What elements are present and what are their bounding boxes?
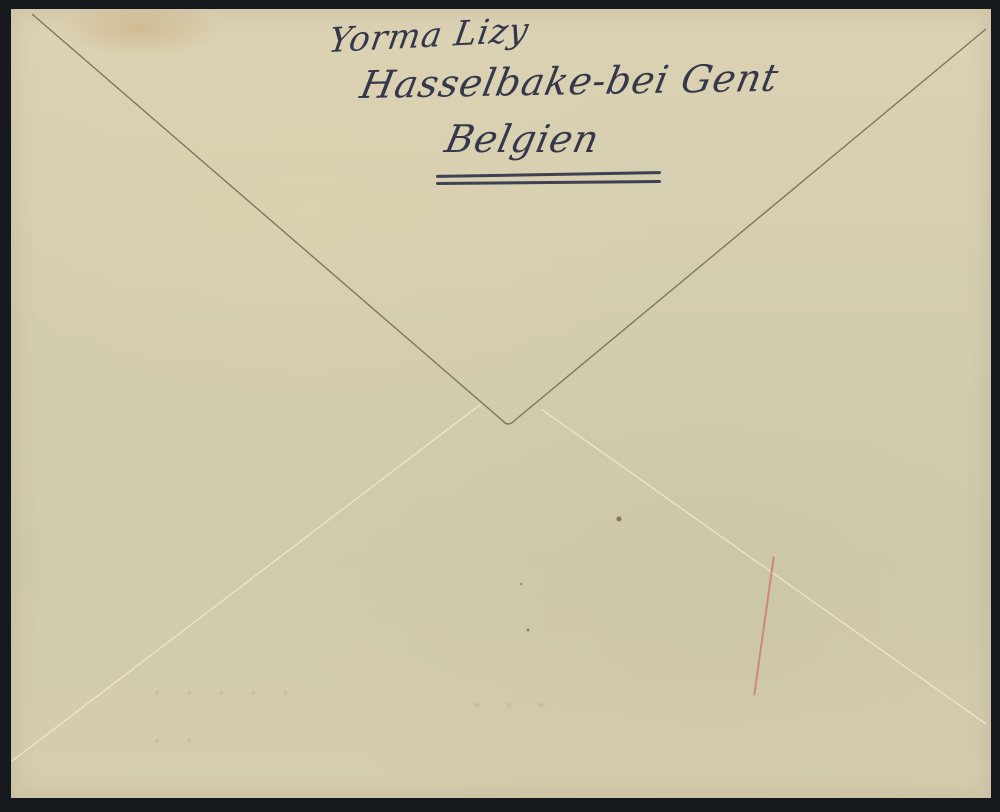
faint-postmark-3: · · ·	[471, 693, 551, 717]
sender-country: Belgien	[441, 117, 603, 161]
envelope-back: Yorma Lizy Hasselbake-bei Gent Belgien ·…	[11, 9, 991, 798]
faint-postmark: · · · · ·	[151, 681, 295, 705]
faint-postmark-2: · ·	[151, 729, 199, 753]
sender-town: Hasselbake-bei Gent	[357, 56, 783, 107]
